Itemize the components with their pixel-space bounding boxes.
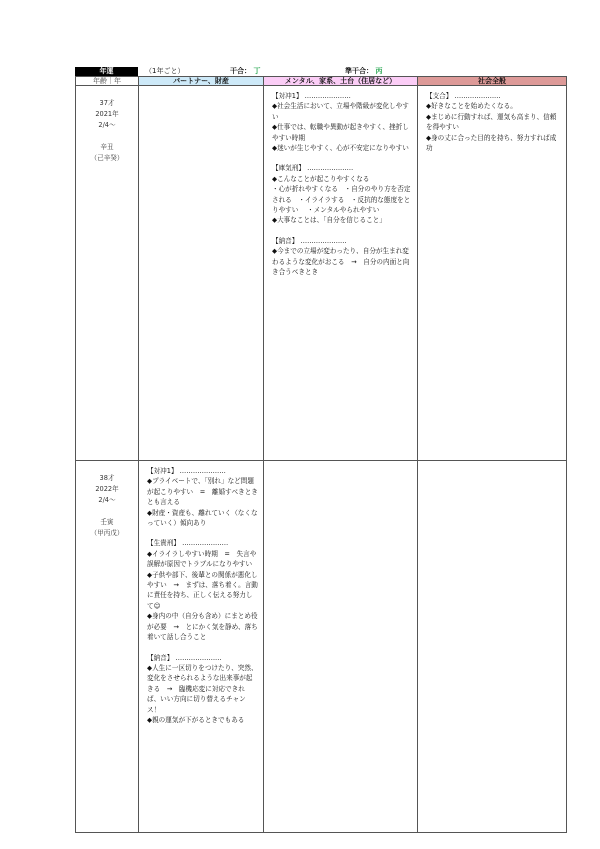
age-year-cell: 38才 2022年 2/4～ 壬寅 （甲丙戊）: [76, 461, 139, 833]
block-line: ◆こんなことが起こりやすくなる: [272, 174, 412, 184]
block-line: ◆プライベートで、「別れ」など問題が起こりやすい = 離婚すべきときとも言える: [147, 476, 258, 507]
note-block: 【生貴刑】 ………………… ◆イライラしやすい時期 = 失言や誤解が原因でトラブ…: [147, 538, 258, 642]
note-block: 【納音】 ………………… ◆人生に一区切りをつけたり、突然、変化をさせられるよう…: [147, 653, 258, 726]
block-line: ◆今までの立場が変わったり、自分が生まれ変わるような変化がおこる → 自分の内面…: [272, 246, 412, 277]
table-row: 38才 2022年 2/4～ 壬寅 （甲丙戊） 【対冲1】 ………………… ◆プ…: [76, 461, 567, 833]
start-date: 2/4～: [76, 120, 138, 131]
column-header-social: 社会全般: [418, 77, 567, 86]
partner-cell: [139, 86, 264, 461]
block-line: ◆大事なことは、「自分を信じること」: [272, 215, 412, 225]
block-line: ◆迷いが生じやすく、心が不安定になりやすい: [272, 143, 412, 153]
stem-branch: 辛丑: [76, 142, 138, 153]
kango-value: 丁: [253, 67, 260, 75]
note-block: 【納音】 ………………… ◆今までの立場が変わったり、自分が生まれ変わるような変…: [272, 236, 412, 278]
period-note: （1年ごと）: [145, 67, 184, 76]
block-line: ◆社会生活において、立場や階級が変化しやすい: [272, 101, 412, 122]
social-cell: [418, 461, 567, 833]
column-header-partner: パートナー、財産: [139, 77, 264, 86]
age-year-cell: 37才 2021年 2/4～ 辛丑 （己辛癸）: [76, 86, 139, 461]
block-line: ◆人生に一区切りをつけたり、突然、変化をさせられるような出来事が起きる → 臨機…: [147, 663, 258, 715]
note-block: 【庫気刑】 ………………… ◆こんなことが起こりやすくなる ・心が折れやすくなる…: [272, 163, 412, 225]
junkango-value: 丙: [375, 67, 382, 75]
column-header-row: 年齢｜年 パートナー、財産 メンタル、家系、土台（住居など） 社会全般: [76, 77, 567, 86]
note-block: 【対冲1】 ………………… ◆社会生活において、立場や階級が変化しやすい ◆仕事…: [272, 91, 412, 153]
fortune-table: 年齢｜年 パートナー、財産 メンタル、家系、土台（住居など） 社会全般 37才 …: [75, 76, 567, 833]
year: 2022年: [76, 484, 138, 495]
kango-label: 干合：: [230, 67, 251, 75]
note-block: 【支合】 ………………… ◆好きなことを始めたくなる。 ◆まじめに行動すれば、運…: [426, 91, 561, 153]
hidden-stems: （己辛癸）: [76, 153, 138, 164]
year: 2021年: [76, 109, 138, 120]
social-cell: 【支合】 ………………… ◆好きなことを始めたくなる。 ◆まじめに行動すれば、運…: [418, 86, 567, 461]
note-block: 【対冲1】 ………………… ◆プライベートで、「別れ」など問題が起こりやすい =…: [147, 466, 258, 528]
block-line: ◆財産・資産も、離れていく（なくなっていく）傾向あり: [147, 508, 258, 529]
block-line: ・心が折れやすくなる ・自分のやり方を否定される ・イライラする ・反抗的な態度…: [272, 184, 412, 215]
block-line: ◆仕事では、転職や異動が起きやすく、挫折しやすい時期: [272, 122, 412, 143]
block-line: ◆まじめに行動すれば、運気も高まり、信頼を得やすい: [426, 112, 561, 133]
mental-cell: [264, 461, 418, 833]
stem-branch: 壬寅: [76, 517, 138, 528]
sheet-header: 年運 （1年ごと） 干合： 丁 準干合： 丙: [75, 67, 566, 76]
junkango-field: 準干合： 丙: [345, 67, 382, 76]
age: 38才: [76, 473, 138, 484]
column-header-mental: メンタル、家系、土台（住居など）: [264, 77, 418, 86]
start-date: 2/4～: [76, 495, 138, 506]
block-header: 【生貴刑】 …………………: [147, 538, 258, 548]
hidden-stems: （甲丙戊）: [76, 528, 138, 539]
block-line: ◆身内の中（自分も含め）にまとめ役が必要 → とにかく気を静め、落ち着いて話し合…: [147, 611, 258, 642]
mental-cell: 【対冲1】 ………………… ◆社会生活において、立場や階級が変化しやすい ◆仕事…: [264, 86, 418, 461]
block-header: 【支合】 …………………: [426, 91, 561, 101]
block-line: ◆身の丈に合った目的を持ち、努力すれば成功: [426, 133, 561, 154]
table-row: 37才 2021年 2/4～ 辛丑 （己辛癸） 【対冲1】 ………………… ◆社…: [76, 86, 567, 461]
block-line: ◆イライラしやすい時期 = 失言や誤解が原因でトラブルになりやすい: [147, 549, 258, 570]
fortune-sheet: 年運 （1年ごと） 干合： 丁 準干合： 丙 年齢｜年 パートナー、財産 メンタ…: [75, 67, 566, 833]
block-header: 【庫気刑】 …………………: [272, 163, 412, 173]
block-line: ◆親の運気が下がるときでもある: [147, 715, 258, 725]
block-line: ◆好きなことを始めたくなる。: [426, 101, 561, 111]
block-header: 【対冲1】 …………………: [147, 466, 258, 476]
block-header: 【対冲1】 …………………: [272, 91, 412, 101]
sheet-title: 年運: [75, 67, 138, 76]
block-line: ◆子供や部下、後輩との関係が悪化しやすい → まずは、落ち着く。言動に責任を持ち…: [147, 570, 258, 612]
age: 37才: [76, 98, 138, 109]
block-header: 【納音】 …………………: [147, 653, 258, 663]
column-header-age-year: 年齢｜年: [76, 77, 139, 86]
partner-cell: 【対冲1】 ………………… ◆プライベートで、「別れ」など問題が起こりやすい =…: [139, 461, 264, 833]
block-header: 【納音】 …………………: [272, 236, 412, 246]
junkango-label: 準干合：: [345, 67, 373, 75]
kango-field: 干合： 丁: [230, 67, 260, 76]
